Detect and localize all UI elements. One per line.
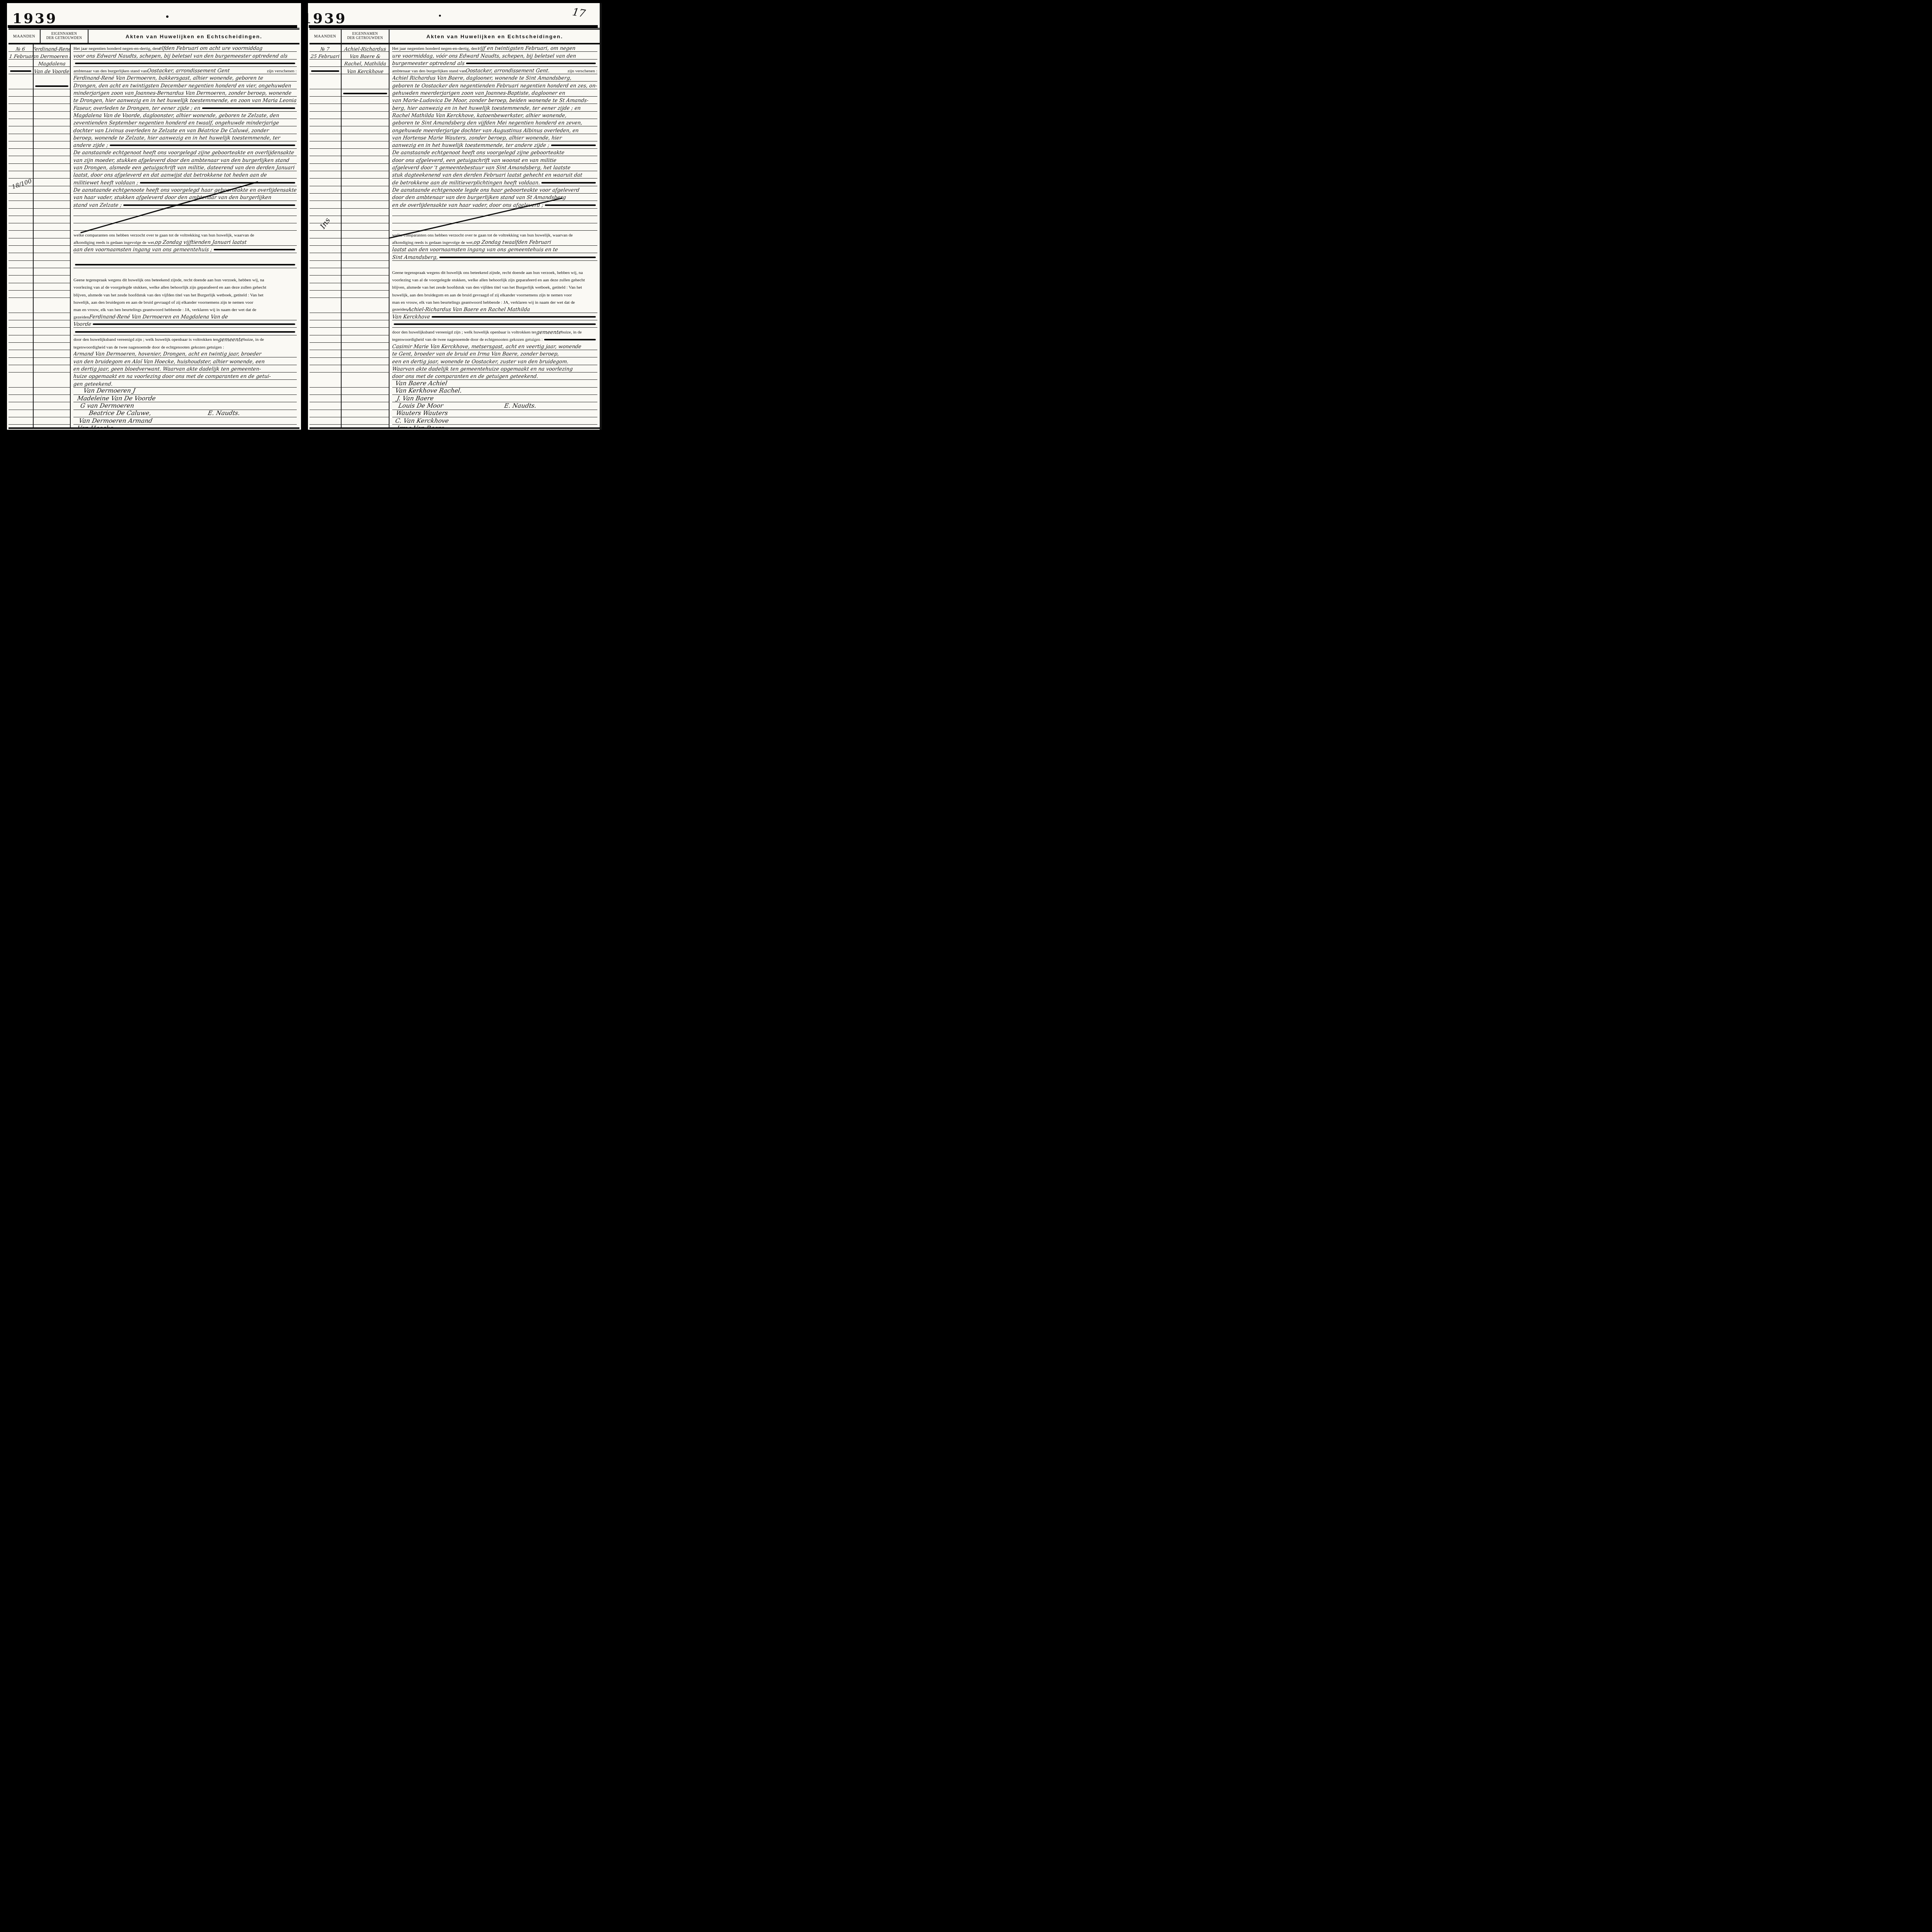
act-text-segment: stand van Zelzate ; (73, 203, 122, 208)
act-line: door den ambtenaar van den burgerlijken … (392, 194, 597, 201)
act-text-segment: Rachel, Mathilda (344, 61, 386, 66)
act-text-segment: huwelijk, aan den bruidegom en aan de br… (73, 301, 253, 305)
act-text-segment: Geene tegenspraak wegens dit huwelijk on… (392, 271, 583, 275)
act-text-segment: de betrokkene aan de militieverplichting… (392, 180, 540, 185)
act-text-segment: Ferdinand-René Van Dermoeren, bakkersgas… (73, 76, 264, 81)
act-text-segment: te Gent, broeder van de bruid en Irma Va… (392, 352, 559, 357)
act-line: de betrokkene aan de militieverplichting… (392, 179, 597, 186)
act-text-segment: G van Dermoeren (80, 403, 135, 409)
header-eigennamen: EIGENNAMEN DER GETROUWDEN (342, 30, 389, 43)
act-text-segment: door ons met de comparanten en de getuig… (392, 374, 539, 379)
act-line: 11 Februari (9, 52, 33, 59)
act-text-segment: Oostacker, arrondissement Gent (147, 68, 230, 73)
act-text-segment: Van Baere Achiel (395, 381, 447, 387)
act-text-segment: door ons afgeleverd, een getuigschrift v… (392, 158, 557, 163)
act-line: door ons met de comparanten en de getuig… (392, 372, 597, 380)
header-eigennamen-line1: EIGENNAMEN (51, 32, 77, 36)
act-text-segment: een en dertig jaar, wonende te Oostacker… (392, 359, 569, 364)
act-text-segment: Louis De Moor (398, 403, 444, 409)
act-line: J. Van Baere (392, 395, 597, 402)
act-text-segment: Casimir Marie Van Kerckhove, metsersgast… (392, 344, 582, 349)
act-text-segment: № 6 (16, 47, 26, 52)
act-text-segment: E. Naudts. (503, 403, 537, 409)
act-line: huwelijk, aan den bruidegom en aan de br… (392, 291, 597, 298)
act-line: № 6 (9, 44, 33, 52)
act-line: Armand Van Dermoeren, hovenier, Drongen,… (73, 350, 297, 357)
rule-bar (309, 25, 598, 28)
act-text-segment: ure voormiddag, vóór ons Edward Naudts, … (392, 54, 577, 59)
act-text-segment: berg, hier aanwezig en in het huwelijk t… (392, 106, 581, 111)
act-text-segment: gezeiden (392, 308, 408, 312)
act-line: Ferdinand-René (34, 44, 70, 52)
act-text-segment: zijn verschenen : (568, 69, 597, 73)
ink-stroke (214, 249, 295, 250)
act-text-segment: 25 Februari (310, 54, 340, 59)
act-line: ure voormiddag, vóór ons Edward Naudts, … (392, 52, 597, 59)
act-text-segment: Sint Amandsberg, (392, 255, 438, 260)
names-entries: Ferdinand-RenéVan Dermoeren &MagdalenaVa… (34, 44, 70, 89)
act-text-segment: aan den voornaamsten ingang van ons geme… (73, 247, 213, 252)
act-line: door ons afgeleverd, een getuigschrift v… (392, 156, 597, 163)
registry-page-left: 1939 MAANDEN EIGENNAMEN DER GETROUWDEN A… (7, 3, 301, 430)
act-line: Geene tegenspraak wegens dit huwelijk on… (392, 268, 597, 276)
registry-scan: 1939 MAANDEN EIGENNAMEN DER GETROUWDEN A… (0, 0, 615, 454)
ink-stroke (343, 93, 387, 94)
act-text-segment: Van Baere & (349, 54, 381, 59)
ink-stroke (394, 323, 596, 325)
act-line: C. Van Kerckhove (392, 417, 597, 425)
act-text-segment: J. Van Baere (396, 396, 434, 402)
act-line: Ferdinand-René Van Dermoeren, bakkersgas… (73, 74, 297, 82)
act-column: Het jaar negentien honderd negen-en-dert… (389, 44, 600, 427)
act-text-segment: dochter van Livinus overleden te Zelzate… (73, 128, 269, 133)
act-line: afgeleverd door 't gemeentebestuur van S… (392, 164, 597, 171)
act-text-segment: afkondiging reeds is gedaan ingevolge de… (392, 241, 474, 245)
act-text-segment: elfden Februari om acht ure voormiddag (158, 46, 263, 51)
act-line: aanwezig en in het huwelijk toestemmende… (392, 141, 597, 149)
act-text-segment: Van Haecke (77, 425, 114, 427)
act-line: laatst aan den voornaamsten ingang van o… (392, 246, 597, 253)
act-text: Het jaar negentien honderd negen-en-dert… (73, 44, 297, 427)
ink-stroke (311, 70, 339, 72)
act-line: geboren te Sint Amandsberg den vijfden M… (392, 119, 597, 126)
act-text-segment: zeventienden September negentien honderd… (73, 121, 279, 126)
act-text-segment: op Zondag vijftienden Januari laatst (155, 240, 247, 245)
scan-speck (166, 15, 168, 18)
maanden-entries: № 611 Februari (9, 44, 33, 74)
act-text-segment: geboren te Sint Amandsberg den vijfden M… (392, 121, 583, 126)
act-text-segment: Van Kerckhove (347, 69, 384, 74)
act-line: Waarvan akte dadelijk ten gemeentehuize … (392, 365, 597, 372)
act-text-segment: en dertig jaar, geen bloedverwant. Waarv… (73, 367, 261, 372)
act-text-segment: gemeente (218, 337, 244, 342)
act-line: gen geteekend. (73, 380, 297, 387)
act-line (9, 67, 33, 74)
act-line: zeventienden September negentien honderd… (73, 119, 297, 126)
acts-table: MAANDEN EIGENNAMEN DER GETROUWDEN Akten … (310, 28, 600, 429)
header-eigennamen-line1: EIGENNAMEN (352, 32, 378, 36)
act-line: Madeleine Van De Voorde (73, 395, 297, 402)
act-line: welke comparanten ons hebben verzocht ov… (73, 231, 297, 238)
header-akten: Akten van Huwelijken en Echtscheidingen. (88, 30, 299, 43)
ink-stroke (35, 85, 69, 87)
act-line: Het jaar negentien honderd negen-en-dert… (392, 44, 597, 52)
act-line: Wauters Wauters (392, 410, 597, 417)
year-label: 1939 (308, 12, 347, 26)
scan-speck (439, 15, 441, 17)
act-text-segment: Rachel Mathilda Van Kerckhove, katoenbew… (392, 113, 567, 118)
act-line: afkondiging reeds is gedaan ingevolge de… (392, 238, 597, 246)
act-text-segment: aanwezig en in het huwelijk toestemmende… (392, 143, 550, 148)
act-text-segment: Ferdinand-René Van Dermoeren en Magdalen… (89, 315, 228, 320)
act-text-segment: welke comparanten ons hebben verzocht ov… (73, 233, 254, 238)
act-text-segment: Het jaar negentien honderd negen-en-dert… (392, 47, 478, 51)
act-line: en dertig jaar, geen bloedverwant. Waarv… (73, 365, 297, 372)
act-text-segment: te Drongen, hier aanwezig en in het huwe… (73, 98, 297, 103)
act-text-segment: man en vrouw, elk van hen beurtelings ge… (73, 308, 256, 312)
act-line: afkondiging reeds is gedaan ingevolge de… (73, 238, 297, 246)
header-eigennamen: EIGENNAMEN DER GETROUWDEN (41, 30, 88, 43)
act-text-segment: ambtenaar van den burgerlijken stand van (73, 69, 147, 73)
act-line (342, 89, 389, 97)
act-line: Achiel-Richardus (342, 44, 389, 52)
act-line: te Drongen, hier aanwezig en in het huwe… (73, 97, 297, 104)
act-text-segment: E. Naudts. (207, 410, 241, 417)
act-line: Geene tegenspraak wegens dit huwelijk on… (73, 276, 297, 283)
act-line: 25 Februari (310, 52, 341, 59)
act-text-segment: De aanstaande echtgenoot heeft ons voorg… (73, 150, 294, 155)
act-text-segment: Drongen, den acht en twintigsten Decembe… (73, 83, 291, 88)
act-line: blijven, alsmede van het zesde hoofdstuk… (392, 283, 597, 291)
year-label: 1939 (12, 12, 57, 26)
header-maanden: MAANDEN (310, 30, 342, 43)
act-line: gezeiden Achiel-Richardus Van Baere en R… (392, 305, 597, 313)
act-text-segment: op Zondag twaalfden Februari (473, 240, 551, 245)
act-line: Het jaar negentien honderd negen-en-dert… (73, 44, 297, 52)
act-text-segment: door den huwelijksband vereenigd zijn ; … (392, 330, 536, 335)
act-line (73, 60, 297, 67)
margin-note: 18/100 (11, 177, 33, 190)
act-text-segment: van den bruidegom en Aloï Van Hoecke, hu… (73, 359, 265, 364)
act-line (392, 320, 597, 328)
act-line: Beatrice De Caluwe,E. Naudts. (73, 410, 297, 417)
act-line: Van de Voorde (34, 67, 70, 74)
act-line: dochter van Livinus overleden te Zelzate… (73, 126, 297, 134)
ink-stroke (75, 63, 295, 64)
act-text-segment: Voorde (73, 322, 92, 327)
act-line: van Drongen, alsmede een getuigschrift v… (73, 164, 297, 171)
act-line: van zijn moeder, stukken afgeleverd door… (73, 156, 297, 163)
act-text-segment: voor ons Edward Naudts, schepen, bij bel… (73, 54, 288, 59)
act-line: door den huwelijksband vereenigd zijn ; … (392, 328, 597, 335)
act-text-segment: Van Dermoeren J (83, 388, 136, 394)
act-text-segment: De aanstaande echtgenoote legde ons haar… (392, 188, 580, 193)
act-line (73, 216, 297, 223)
act-line: aan den voornaamsten ingang van ons geme… (73, 246, 297, 253)
ink-stroke (75, 331, 295, 333)
act-text-segment: 11 Februari (9, 54, 33, 59)
act-text-segment: van zijn moeder, stukken afgeleverd door… (73, 158, 290, 163)
act-text-segment: Madeleine Van De Voorde (77, 396, 156, 402)
act-line: beroep, wonende te Zelzate, hier aanwezi… (73, 134, 297, 141)
act-line: tegenwoordigheid van de twee nagenoemde … (392, 335, 597, 343)
act-text-segment: tegenwoordigheid van de twee nagenoemde … (392, 338, 543, 342)
act-text-segment: Faseur, overleden te Drongen, ter eener … (73, 106, 201, 111)
act-text-segment: man en vrouw, elk van hen beurtelings ge… (392, 301, 575, 305)
act-line: Van Kerkhove Rachel. (392, 388, 597, 395)
act-line: Drongen, den acht en twintigsten Decembe… (73, 82, 297, 89)
ink-stroke (439, 257, 596, 258)
act-line: Van Kerckhove (392, 313, 597, 320)
header-akten: Akten van Huwelijken en Echtscheidingen. (389, 30, 600, 43)
act-text-segment: Achiel-Richardus (344, 47, 386, 52)
ink-stroke (140, 182, 295, 184)
margin-paraph: Ins (318, 216, 332, 231)
rule-bar (8, 25, 297, 28)
act-line: Van Baere & (342, 52, 389, 59)
act-text-segment: Achiel-Richardus Van Baere en Rachel Mat… (407, 307, 530, 312)
acts-table: MAANDEN EIGENNAMEN DER GETROUWDEN Akten … (9, 28, 299, 429)
act-line: van Marie-Ludovica De Moor, zonder beroe… (392, 97, 597, 104)
act-line (73, 261, 297, 268)
act-line: geboren te Oostacker den negentienden Fe… (392, 82, 597, 89)
act-text-segment: Het jaar negentien honderd negen-en-dert… (73, 47, 159, 51)
act-line: burgemeester optredend als (392, 60, 597, 67)
act-text-segment: Irma Van Baere (396, 425, 444, 427)
act-text-segment: Van Dermoeren Armand (78, 418, 153, 424)
act-text-segment: van Hortense Marie Wauters, zonder beroe… (392, 136, 562, 141)
act-text-segment: Beatrice De Caluwe, (88, 410, 152, 417)
act-line: ambtenaar van den burgerlijken stand van… (73, 67, 297, 74)
act-line (310, 60, 341, 67)
act-text-segment: blijven, alsmede van het zesde hoofdstuk… (392, 286, 582, 290)
act-text-segment: Armand Van Dermoeren, hovenier, Drongen,… (73, 352, 262, 357)
act-line: te Gent, broeder van de bruid en Irma Va… (392, 350, 597, 357)
ink-stroke (432, 316, 596, 318)
act-line: № 7 (310, 44, 341, 52)
ink-stroke (466, 63, 596, 64)
act-line: Magdalena Van de Voorde, dagloonster, al… (73, 112, 297, 119)
act-line: De aanstaande echtgenoot heeft ons voorg… (392, 149, 597, 156)
act-line (310, 67, 341, 74)
year-row: 1939 (7, 3, 301, 28)
act-text-segment: afgeleverd door 't gemeentebestuur van S… (392, 165, 571, 170)
act-text-segment: zijn verschenen : (267, 69, 297, 73)
act-line: man en vrouw, elk van hen beurtelings ge… (392, 298, 597, 305)
act-line: van haar vader, stukken afgeleverd door … (73, 194, 297, 201)
act-line: Louis De MoorE. Naudts. (392, 402, 597, 410)
act-text-segment: voorlezing van al de voorgelegde stukken… (392, 278, 585, 282)
act-line: blijven, alsmede van het zesde hoofdstuk… (73, 291, 297, 298)
act-text-segment: № 7 (320, 47, 330, 52)
act-line: De aanstaande echtgenoote legde ons haar… (392, 186, 597, 194)
ink-stroke (544, 339, 596, 340)
act-line: door den huwelijksband vereenigd zijn ; … (73, 335, 297, 343)
act-line: van Hortense Marie Wauters, zonder beroe… (392, 134, 597, 141)
maanden-column: № 611 Februari 18/100 (9, 44, 34, 427)
act-line: berg, hier aanwezig en in het huwelijk t… (392, 104, 597, 111)
ink-stroke (123, 204, 295, 206)
act-text-segment: Van Dermoeren & (34, 54, 70, 59)
act-text-segment: Van Kerckhove (392, 315, 430, 320)
act-text-segment: tegenwoordigheid van de twee nagenoemde … (73, 345, 224, 350)
act-text-segment: militiewet heeft voldaan ; (73, 180, 139, 185)
act-text-segment: vijf en twintigsten Februari, om negen (477, 46, 576, 51)
act-line: man en vrouw, elk van hen beurtelings ge… (73, 305, 297, 313)
act-line: De aanstaande echtgenoote heeft ons voor… (73, 186, 297, 194)
act-text-segment: huize, in de (243, 338, 264, 342)
act-line (73, 268, 297, 276)
act-text-segment: Wauters Wauters (395, 410, 448, 417)
act-text-segment: Ferdinand-René (34, 47, 70, 52)
act-text-segment: burgemeester optredend als (392, 61, 465, 66)
act-text-segment: gezeiden (73, 315, 89, 320)
ink-stroke (545, 204, 596, 206)
act-line: van den bruidegom en Aloï Van Hoecke, hu… (73, 357, 297, 365)
act-line: gezeiden Ferdinand-René Van Dermoeren en… (73, 313, 297, 320)
maanden-column: № 725 Februari Ins (310, 44, 342, 427)
act-line: tegenwoordigheid van de twee nagenoemde … (73, 343, 297, 350)
act-text-segment: huwelijk, aan den bruidegom en aan de br… (392, 293, 572, 298)
act-line: Van Dermoeren & (34, 52, 70, 59)
ink-stroke (202, 107, 295, 109)
act-text-segment: huize opgemaakt en na voorlezing door on… (73, 374, 271, 379)
names-column: Achiel-RichardusVan Baere &Rachel, Mathi… (342, 44, 389, 427)
act-line (34, 74, 70, 82)
maanden-entries: № 725 Februari (310, 44, 341, 74)
header-eigennamen-line2: DER GETROUWDEN (347, 36, 383, 40)
act-text-segment: Van Kerkhove Rachel. (395, 388, 462, 394)
names-entries: Achiel-RichardusVan Baere &Rachel, Mathi… (342, 44, 389, 97)
act-text-segment: geboren te Oostacker den negentienden Fe… (392, 83, 597, 88)
ink-stroke (93, 323, 295, 325)
registry-page-right: 1939 17 MAANDEN EIGENNAMEN DER GETROUWDE… (308, 3, 602, 430)
act-text-segment: Magdalena Van de Voorde, dagloonster, al… (73, 113, 279, 118)
act-text-segment: laatst aan den voornaamsten ingang van o… (392, 247, 558, 252)
act-text-segment: voorlezing van al de voorgelegde stukken… (73, 286, 266, 290)
act-line: en de overlijdensakte van haar vader, do… (392, 201, 597, 208)
act-line: Rachel, Mathilda (342, 60, 389, 67)
act-text-segment: van Marie-Ludovica De Moor, zonder beroe… (392, 98, 589, 103)
act-line: Van Haecke (73, 425, 297, 427)
act-line: laatst, door ons afgeleverd en dat aanwi… (73, 171, 297, 179)
act-line: voorlezing van al de voorgelegde stukken… (392, 276, 597, 283)
act-text-segment: C. Van Kerckhove (395, 418, 449, 424)
act-text-segment: huize, in de (561, 330, 582, 335)
folio-number: 17 (571, 6, 586, 20)
ink-stroke (551, 145, 596, 146)
act-line: gehuwden meerderjarigen zoon van Joannes… (392, 89, 597, 97)
act-line: Casimir Marie Van Kerckhove, metsersgast… (392, 343, 597, 350)
act-line (9, 60, 33, 67)
act-line (73, 253, 297, 260)
act-line: Van Kerckhove (342, 67, 389, 74)
act-line (342, 74, 389, 82)
act-line: Voorde (73, 320, 297, 328)
act-text-segment: ambtenaar van den burgerlijken stand van (392, 69, 466, 73)
act-text-segment: De aanstaande echtgenoot heeft ons voorg… (392, 150, 565, 155)
ink-stroke (110, 145, 295, 146)
ink-stroke (10, 70, 31, 72)
act-text-segment: blijven, alsmede van het zesde hoofdstuk… (73, 293, 263, 298)
act-text-segment: Van de Voorde (34, 69, 70, 74)
act-line: een en dertig jaar, wonende te Oostacker… (392, 357, 597, 365)
header-maanden: MAANDEN (9, 30, 41, 43)
table-header: MAANDEN EIGENNAMEN DER GETROUWDEN Akten … (9, 30, 299, 44)
names-column: Ferdinand-RenéVan Dermoeren &MagdalenaVa… (34, 44, 71, 427)
act-text-segment: andere zijde ; (73, 143, 109, 148)
act-text-segment: door den huwelijksband vereenigd zijn ; … (73, 338, 218, 342)
act-line: Faseur, overleden te Drongen, ter eener … (73, 104, 297, 111)
act-line (34, 82, 70, 89)
act-text-segment: welke comparanten ons hebben verzocht ov… (392, 233, 573, 238)
table-body: № 611 Februari 18/100 Ferdinand-RenéVan … (9, 44, 299, 427)
act-line (392, 209, 597, 216)
act-line: stuk dagteekenend van den derden Februar… (392, 171, 597, 179)
act-line: Achiel Richardus Van Baere, daglooner, w… (392, 74, 597, 82)
act-column: Het jaar negentien honderd negen-en-dert… (71, 44, 299, 427)
act-line: voorlezing van al de voorgelegde stukken… (73, 283, 297, 291)
act-text-segment: Geene tegenspraak wegens dit huwelijk on… (73, 278, 264, 282)
act-text-segment: door den ambtenaar van den burgerlijken … (392, 195, 566, 200)
act-text-segment: afkondiging reeds is gedaan ingevolge de… (73, 241, 155, 245)
act-text-segment: De aanstaande echtgenoote heeft ons voor… (73, 188, 297, 193)
ink-stroke (75, 264, 295, 265)
act-line: militiewet heeft voldaan ; (73, 179, 297, 186)
act-line: huwelijk, aan den bruidegom en aan de br… (73, 298, 297, 305)
act-text-segment: van Drongen, alsmede een getuigschrift v… (73, 165, 295, 170)
ink-stroke (541, 182, 596, 184)
act-line: Magdalena (34, 60, 70, 67)
act-line: Van Baere Achiel (392, 380, 597, 387)
act-line: welke comparanten ons hebben verzocht ov… (392, 231, 597, 238)
act-text-segment: Achiel Richardus Van Baere, daglooner, w… (392, 76, 572, 81)
act-text-segment: van haar vader, stukken afgeleverd door … (73, 195, 272, 200)
act-line: Van Dermoeren J (73, 388, 297, 395)
act-line: Rachel Mathilda Van Kerckhove, katoenbew… (392, 112, 597, 119)
act-line (342, 82, 389, 89)
act-text-segment: gen geteekend. (73, 382, 113, 387)
act-line (73, 209, 297, 216)
act-line: voor ons Edward Naudts, schepen, bij bel… (73, 52, 297, 59)
act-text-segment: gehuwden meerderjarigen zoon van Joannes… (392, 91, 565, 96)
act-text-segment: Waarvan akte dadelijk ten gemeentehuize … (392, 367, 573, 372)
year-row: 1939 17 (308, 3, 602, 28)
act-line: huize opgemaakt en na voorlezing door on… (73, 372, 297, 380)
act-text-segment: beroep, wonende te Zelzate, hier aanwezi… (73, 136, 281, 141)
act-line: ambtenaar van den burgerlijken stand van… (392, 67, 597, 74)
act-text-segment: laatst, door ons afgeleverd en dat aanwi… (73, 173, 267, 178)
act-line: ongehuwde meerderjarige dochter van Augu… (392, 126, 597, 134)
act-text-segment: Oostacker, arrondissement Gent. (466, 68, 550, 73)
header-eigennamen-line2: DER GETROUWDEN (46, 36, 82, 40)
act-line: minderjarigen zoon van Joannes-Bernardus… (73, 89, 297, 97)
act-text-segment: stuk dagteekenend van den derden Februar… (392, 173, 583, 178)
act-line (392, 216, 597, 223)
act-line: andere zijde ; (73, 141, 297, 149)
act-text-segment: Magdalena (38, 61, 66, 66)
act-text-segment: ongehuwde meerderjarige dochter van Augu… (392, 128, 579, 133)
act-line: Irma Van Baere (392, 425, 597, 427)
act-line (392, 261, 597, 268)
act-line: De aanstaande echtgenoot heeft ons voorg… (73, 149, 297, 156)
act-line: Sint Amandsberg, (392, 253, 597, 260)
act-line: G van Dermoeren (73, 402, 297, 410)
act-text-segment: gemeente (536, 330, 562, 335)
act-line: Van Dermoeren Armand (73, 417, 297, 425)
act-text: Het jaar negentien honderd negen-en-dert… (392, 44, 597, 427)
table-body: № 725 Februari Ins Achiel-RichardusVan B… (310, 44, 600, 427)
